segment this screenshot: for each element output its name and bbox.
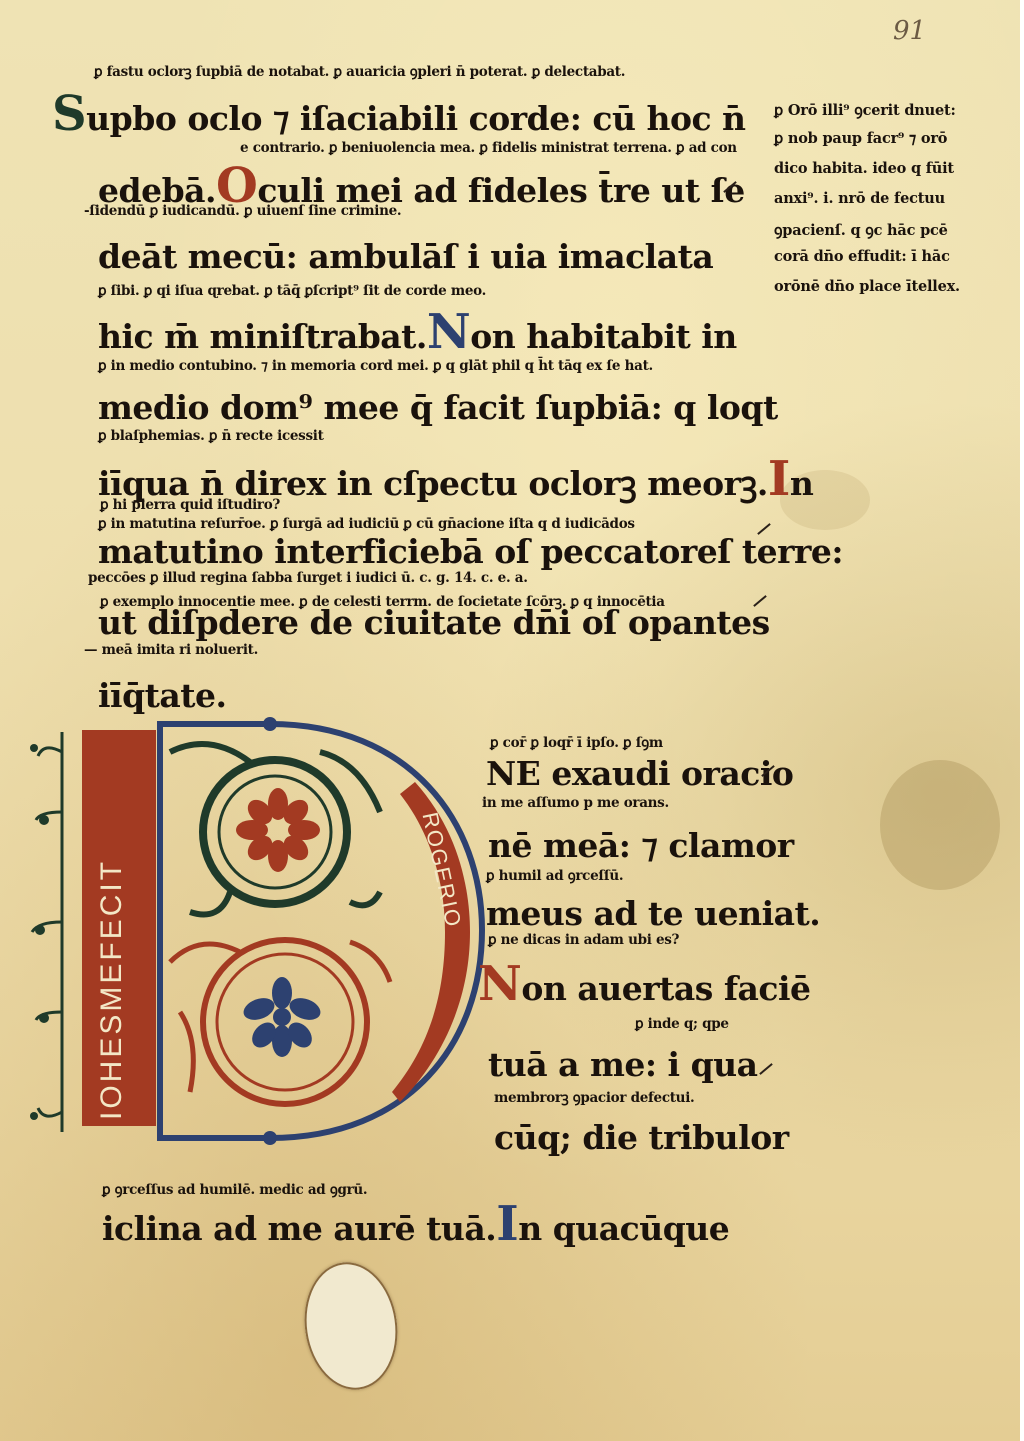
interlinear-gloss: — meā imita ri noluerit.: [84, 642, 258, 658]
text-line: Supbo oclo ⁊ iſaciabili corde: cū hoc n̄: [52, 90, 746, 138]
text-body: upbo oclo ⁊ iſaciabili corde: cū hoc n̄: [86, 99, 745, 138]
text-line: NE exaudi oracio: [486, 754, 793, 793]
text-line: iīq̄tate.: [98, 676, 227, 715]
text-line: hic m̄ miniſtrabat.Non habitabit in: [98, 308, 737, 356]
margin-note-line: orōnē dn̄o place ītellex.: [774, 278, 960, 295]
interlinear-gloss: peccōes ꝑ illud regina ſabba ſurget i iu…: [88, 570, 528, 586]
folio-number: 91: [893, 16, 926, 46]
text-line: matutino interficiebā oſ peccatoreſ terr…: [98, 532, 843, 571]
text-line: Non auertas faciē: [478, 960, 811, 1008]
illuminated-initial-icon: [20, 712, 490, 1152]
interlinear-gloss: ꝑ cor̄ ꝑ loqr̄ ī ipſo. ꝑ ſꝯm: [490, 733, 663, 751]
margin-note-line: ꝯpacienſ. q ꝯc hāc pcē: [774, 220, 948, 240]
decorated-initial: N: [478, 960, 521, 1008]
interlinear-gloss: in me aſſumo p me orans.: [482, 795, 669, 811]
text-body: exaudi oracio: [551, 754, 793, 793]
text-body: n: [790, 464, 814, 503]
margin-note-line: anxi⁹. i. nrō de fectuu: [774, 190, 945, 207]
interlinear-gloss: -ſidendū ꝑ iudicandū. ꝑ uiuenſ ſine crim…: [84, 203, 401, 219]
margin-note-line: ꝑ nob paup facr⁹ ⁊ orō: [774, 130, 947, 147]
decorated-initial: N: [427, 308, 470, 356]
decorated-initial: NE: [486, 754, 540, 793]
text-body: on auertas faciē: [521, 969, 810, 1008]
parchment-hole: [297, 1256, 406, 1396]
text-line: ut diſpdere de ciuitate dn̄i oſ opantes: [98, 603, 770, 642]
text-body: n quacūque: [518, 1209, 729, 1248]
interlinear-gloss: ꝑ fastu oclorꝫ ſupbiā de notabat. ꝑ auar…: [94, 62, 625, 80]
text-line: meus ad te ueniat.: [486, 894, 820, 933]
margin-mark: [759, 1063, 773, 1075]
interlinear-gloss: ꝑ ne dicas in adam ubi es?: [488, 932, 679, 948]
text-line: cūq; die tribulor: [494, 1118, 789, 1157]
interlinear-gloss: ꝑ in matutina reſurr̄oe. ꝑ ſurgā ad iudi…: [98, 516, 635, 532]
interlinear-gloss: e contrario. ꝑ beniuolencia mea. ꝑ fidel…: [240, 140, 737, 156]
interlinear-gloss: ꝑ blaſphemias. ꝑ n̄ recte icessit: [98, 428, 324, 444]
interlinear-gloss: ꝑ ſibi. ꝑ qi iſua ɋrebat. ꝑ tāq̄ ꝑſcript…: [98, 283, 486, 299]
decorated-initial: S: [52, 90, 86, 138]
text-body: hic m̄ miniſtrabat.: [98, 317, 427, 356]
interlinear-gloss: ꝑ hi plerra quid iſtudiro?: [100, 497, 280, 513]
interlinear-gloss: ꝑ inde q; qpe: [635, 1016, 729, 1032]
interlinear-gloss: membrorꝫ ꝯpacior defectui.: [494, 1088, 694, 1106]
text-line: nē meā: ⁊ clamor: [488, 826, 794, 865]
parchment-stain: [880, 760, 1000, 890]
text-line: tuā a me: i qua: [488, 1045, 758, 1084]
interlinear-gloss: ꝑ humil ad ꝯrceſſū.: [486, 866, 623, 884]
margin-note-line: corā dn̄o effudit: ī hāc: [774, 248, 950, 265]
text-body: iclina ad me aurē tuā.: [102, 1209, 496, 1248]
text-line: deāt mecū: ambulāſ i uia imaclata: [98, 237, 713, 276]
left-bar-inscription: IOHESMEFECIT: [95, 859, 129, 1120]
text-body: on habitabit in: [470, 317, 736, 356]
decorated-initial: I: [496, 1200, 518, 1248]
decorated-initial: I: [768, 455, 790, 503]
text-line: iclina ad me aurē tuā.In quacūque: [102, 1200, 729, 1248]
margin-note-line: ꝑ Orō illi⁹ ꝯcerit dnuet:: [774, 100, 956, 120]
text-line: medio dom⁹ mee q̄ facit ſupbiā: q loqt: [98, 388, 778, 427]
illuminated-initial-d: [20, 712, 490, 1152]
interlinear-gloss: ꝑ ꝯrceſſus ad humilē. medic ad ꝯgrū.: [102, 1180, 367, 1198]
manuscript-page: 91 ꝑ fastu oclorꝫ ſupbiā de notabat. ꝑ a…: [0, 0, 1020, 1441]
margin-note-line: dico habita. ideo q fūit: [774, 160, 954, 177]
interlinear-gloss: ꝑ in medio contubino. ⁊ in memoria cord …: [98, 358, 653, 374]
